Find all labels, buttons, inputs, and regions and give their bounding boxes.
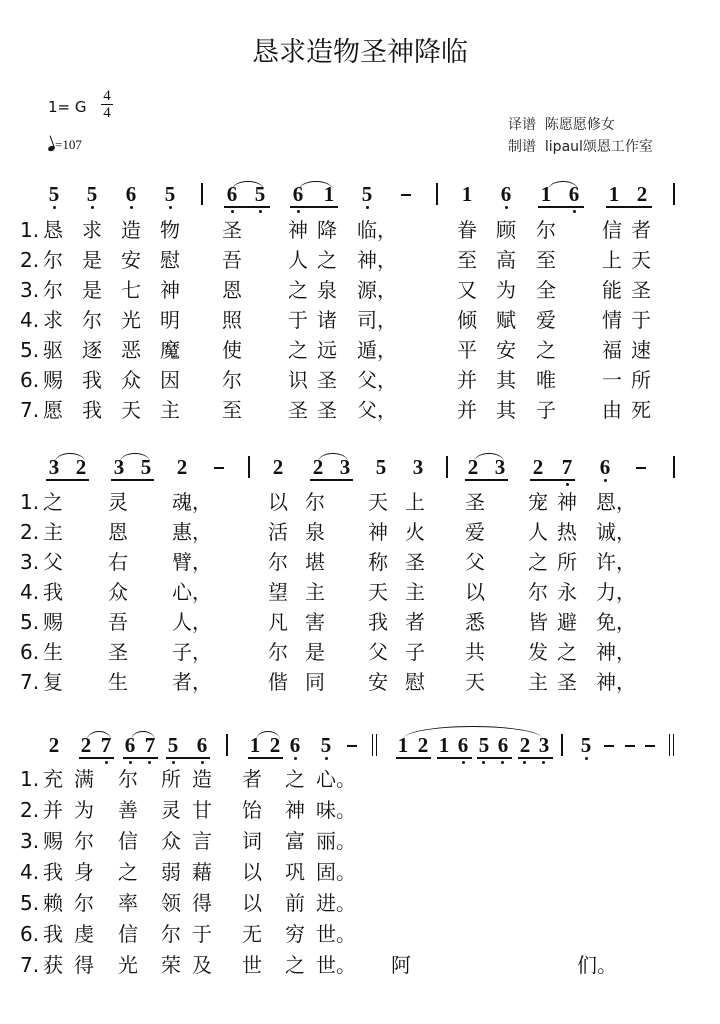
barline [248,456,250,478]
note: 5 [84,183,100,205]
note: 6 [455,734,471,756]
barline [446,456,448,478]
barline [201,183,203,205]
hold-dash [636,467,646,469]
note: 2 [46,734,62,756]
note: 3 [410,456,426,478]
amen-men: 们。 [577,953,617,977]
credit-engraver: 制谱 lipaul颂恩工作室 [508,136,653,156]
note: 5 [46,183,62,205]
final-double-barline [669,734,674,756]
hold-dash [645,745,655,747]
note: 5 [318,734,334,756]
hold-dash [214,467,224,469]
note: 3 [492,456,508,478]
barline [673,456,675,478]
note: 6 [194,734,210,756]
note: 5 [359,183,375,205]
note: 2 [270,456,286,478]
note: 6 [123,183,139,205]
note: 1 [247,734,263,756]
note: 5 [138,456,154,478]
note: 2 [78,734,94,756]
note: 3 [46,456,62,478]
note: 2 [267,734,283,756]
note: 1 [395,734,411,756]
note: 6 [495,734,511,756]
note: 2 [73,456,89,478]
amen-a: 阿 [391,953,411,977]
barline [561,734,563,756]
note: 2 [530,456,546,478]
note: 7 [559,456,575,478]
note: 5 [252,183,268,205]
hold-dash [625,745,635,747]
hold-dash [604,745,614,747]
note: 6 [566,183,582,205]
hold-dash [347,745,357,747]
note: 1 [321,183,337,205]
note: 1 [459,183,475,205]
tempo-marking: =107 [48,137,82,153]
credit-translator: 译谱 陈愿愿修女 [508,114,615,134]
note: 2 [174,456,190,478]
note: 6 [597,456,613,478]
note: 7 [142,734,158,756]
note: 5 [162,183,178,205]
note: 6 [498,183,514,205]
note: 3 [337,456,353,478]
song-title: 恳求造物圣神降临 [0,30,720,69]
note: 1 [538,183,554,205]
note: 3 [536,734,552,756]
note: 6 [287,734,303,756]
note: 3 [111,456,127,478]
note: 5 [165,734,181,756]
double-barline [372,734,377,756]
note: 7 [98,734,114,756]
note: 1 [606,183,622,205]
note: 5 [578,734,594,756]
note: 6 [122,734,138,756]
note: 2 [465,456,481,478]
note: 6 [290,183,306,205]
note: 2 [517,734,533,756]
note: 6 [224,183,240,205]
barline [673,183,675,205]
note: 2 [415,734,431,756]
note: 2 [310,456,326,478]
note: 5 [476,734,492,756]
key-signature: 1= G [48,98,87,116]
note: 1 [436,734,452,756]
time-signature: 4 4 [100,88,114,121]
barline [226,734,228,756]
hold-dash [401,194,411,196]
note: 5 [373,456,389,478]
note: 2 [634,183,650,205]
barline [436,183,438,205]
